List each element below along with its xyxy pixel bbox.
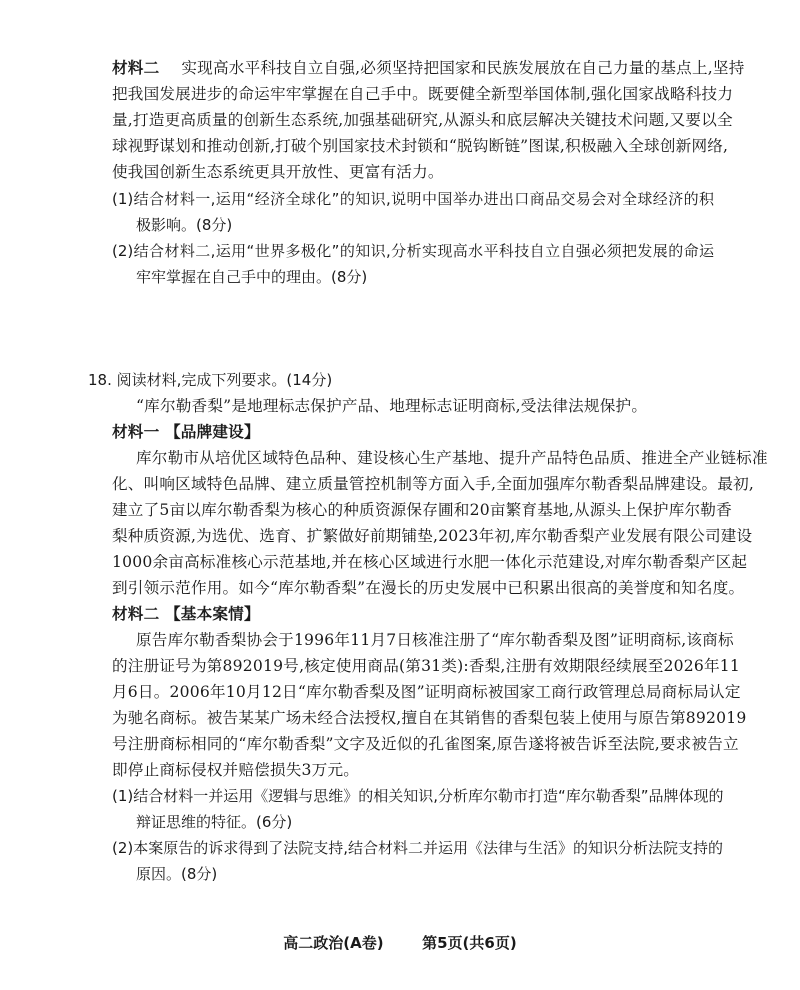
page-footer: 高二政治(A卷) 第5页(共6页) [0,932,800,953]
q18-question-2: (2)本案原告的诉求得到了法院支持,结合材料二并运用《法律与生活》的知识分析法院… [112,838,714,858]
q17-question-2: (2)结合材料二,运用“世界多极化”的知识,分析实现高水平科技自立自强必须把发展… [112,241,714,261]
q18-material1-line-6: 到引领示范作用。如今“库尔勒香梨”在漫长的历史发展中已积累出很高的美誉度和知名度… [112,578,714,598]
q18-title: 18. 阅读材料,完成下列要求。(14分) [88,370,690,390]
q18-material1-line-3: 建立了5亩以库尔勒香梨为核心的种质资源保存圃和20亩繁育基地,从源头上保护库尔勒… [112,500,714,520]
q18-material1-line-4: 梨种质资源,为选优、选育、扩繁做好前期铺垫,2023年初,库尔勒香梨产业发展有限… [112,526,714,546]
q17-material2-line-1: 材料二实现高水平科技自立自强,必须坚持把国家和民族发展放在自己力量的基点上,坚持 [112,58,714,78]
q17-question-1-cont: 极影响。(8分) [136,215,714,235]
q17-material2-line-2: 把我国发展进步的命运牢牢掌握在自己手中。既要健全新型举国体制,强化国家战略科技力 [112,84,714,104]
q18-material1-line-5: 1000余亩高标准核心示范基地,并在核心区域进行水肥一体化示范建设,对库尔勒香梨… [112,552,714,572]
q18-question-2-cont: 原因。(8分) [136,864,714,884]
q17-material2-line-4: 球视野谋划和推动创新,打破个别国家技术封锁和“脱钩断链”图谋,积极融入全球创新网… [112,136,714,156]
q17-material2-line-3: 量,打造更高质量的创新生态系统,加强基础研究,从源头和底层解决关键技术问题,又要… [112,110,714,130]
q18-material2-line-1: 原告库尔勒香梨协会于1996年11月7日核准注册了“库尔勒香梨及图”证明商标,该… [136,630,714,650]
q18-material2-line-6: 即停止商标侵权并赔偿损失3万元。 [112,760,714,780]
q17-material2-label: 材料二 [112,59,159,77]
q18-material1-label: 材料一 【品牌建设】 [112,422,714,442]
q18-question-1-cont: 辩证思维的特征。(6分) [136,812,714,832]
q17-material2-line-5: 使我国创新生态系统更具开放性、更富有活力。 [112,162,714,182]
q18-material2-line-5: 号注册商标相同的“库尔勒香梨”文字及近似的孔雀图案,原告遂将被告诉至法院,要求被… [112,734,714,754]
q18-material1-line-2: 化、叫响区域特色品牌、建立质量管控机制等方面入手,全面加强库尔勒香梨品牌建设。最… [112,474,714,494]
footer-subject: 高二政治(A卷) [283,934,383,952]
exam-page: 材料二实现高水平科技自立自强,必须坚持把国家和民族发展放在自己力量的基点上,坚持… [0,0,800,990]
q18-material2-line-4: 为驰名商标。被告某某广场未经合法授权,擅自在其销售的香梨包装上使用与原告第892… [112,708,714,728]
q18-intro: “库尔勒香梨”是地理标志保护产品、地理标志证明商标,受法律法规保护。 [136,396,714,416]
q18-material1-line-1: 库尔勒市从培优区域特色品种、建设核心生产基地、提升产品特色品质、推进全产业链标准 [136,448,714,468]
q17-question-2-cont: 牢牢掌握在自己手中的理由。(8分) [136,267,714,287]
footer-page-number: 第5页(共6页) [422,934,517,952]
q18-question-1: (1)结合材料一并运用《逻辑与思维》的相关知识,分析库尔勒市打造“库尔勒香梨”品… [112,786,714,806]
q18-material2-line-2: 的注册证号为第892019号,核定使用商品(第31类):香梨,注册有效期限经续展… [112,656,714,676]
q18-material2-label: 材料二 【基本案情】 [112,604,714,624]
q17-question-1: (1)结合材料一,运用“经济全球化”的知识,说明中国举办进出口商品交易会对全球经… [112,189,714,209]
q18-material2-line-3: 月6日。2006年10月12日“库尔勒香梨及图”证明商标被国家工商行政管理总局商… [112,682,714,702]
